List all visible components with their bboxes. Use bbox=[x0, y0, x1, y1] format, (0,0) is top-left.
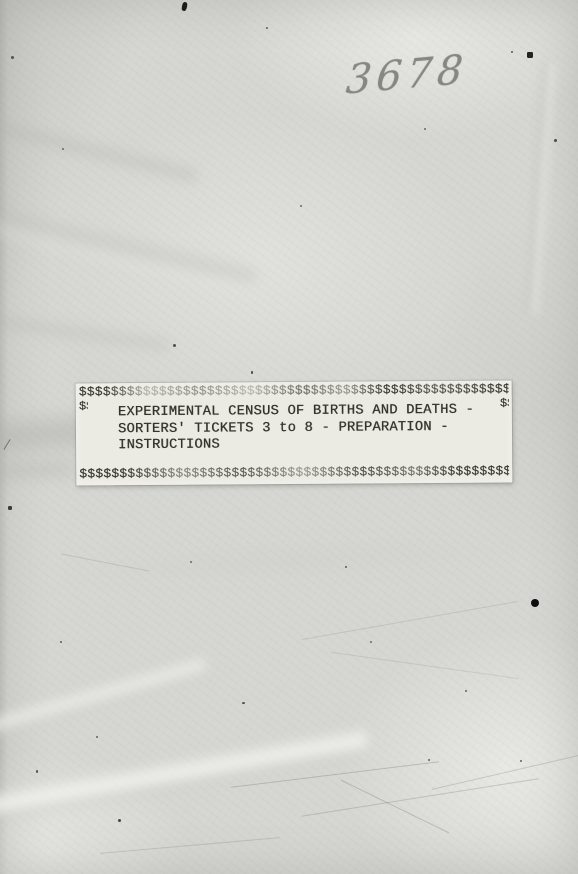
paper-speck bbox=[118, 819, 121, 822]
paper-speck bbox=[62, 148, 64, 150]
paper-crease bbox=[0, 199, 259, 292]
label-body: $$$$$ EXPERIMENTAL CENSUS OF BIRTHS AND … bbox=[79, 397, 509, 466]
pencil-mark bbox=[3, 439, 10, 450]
paper-speck bbox=[251, 371, 253, 374]
paper-fiber bbox=[301, 778, 538, 817]
paper-speck bbox=[345, 566, 347, 568]
paper-speck bbox=[266, 27, 268, 29]
paper-speck bbox=[36, 770, 38, 773]
label-border-left: $$$$$ bbox=[79, 400, 88, 466]
paper-speck bbox=[428, 759, 430, 761]
title-line-1: EXPERIMENTAL CENSUS OF BIRTHS AND DEATHS… bbox=[118, 403, 500, 422]
paper-crease bbox=[0, 460, 74, 479]
paper-speck bbox=[8, 506, 12, 510]
paper-crease bbox=[0, 654, 208, 744]
paper-fiber bbox=[341, 780, 449, 834]
handwritten-number: 3678 bbox=[344, 46, 469, 103]
paper-crease bbox=[59, 528, 520, 592]
paper-crease bbox=[0, 111, 199, 188]
paper-speck bbox=[465, 690, 467, 692]
paper-speck bbox=[520, 760, 522, 762]
paper-speck bbox=[424, 128, 426, 130]
paper-fiber bbox=[331, 652, 519, 679]
title-text: EXPERIMENTAL CENSUS OF BIRTHS AND DEATHS… bbox=[88, 398, 500, 467]
label-border-top: $$$$$$$$$$$$$$$$$$$$$$$$$$$$$$$$$$$$$$$$… bbox=[79, 382, 509, 401]
paper-fiber bbox=[432, 755, 578, 790]
title-label: $$$$$$$$$$$$$$$$$$$$$$$$$$$$$$$$$$$$$$$$… bbox=[76, 380, 513, 485]
paper-speck bbox=[511, 51, 513, 53]
paper-crease bbox=[0, 725, 369, 829]
paper-speck bbox=[300, 205, 302, 207]
paper-speck bbox=[554, 139, 557, 142]
paper-speck bbox=[96, 736, 98, 738]
paper-speck bbox=[527, 52, 533, 58]
paper-speck bbox=[370, 641, 372, 643]
paper-speck bbox=[173, 344, 176, 347]
paper-fiber bbox=[302, 601, 519, 640]
paper-fiber bbox=[61, 553, 150, 571]
paper-fiber bbox=[231, 761, 440, 788]
paper-speck bbox=[531, 599, 539, 607]
title-line-2: SORTERS' TICKETS 3 to 8 - PREPARATION - bbox=[118, 419, 500, 438]
paper-crease bbox=[0, 308, 170, 356]
paper-page: 3678 $$$$$$$$$$$$$$$$$$$$$$$$$$$$$$$$$$$… bbox=[0, 0, 578, 874]
paper-speck bbox=[11, 56, 14, 59]
label-border-bottom: $$$$$$$$$$$$$$$$$$$$$$$$$$$$$$$$$$$$$$$$… bbox=[79, 463, 509, 482]
title-line-3: INSTRUCTIONS bbox=[118, 436, 500, 455]
paper-speck bbox=[190, 561, 192, 563]
paper-speck bbox=[60, 641, 62, 643]
paper-crease bbox=[523, 64, 556, 315]
label-border-right: $$$$$ bbox=[500, 397, 509, 463]
paper-speck bbox=[181, 2, 188, 12]
paper-speck bbox=[242, 702, 245, 704]
paper-fiber bbox=[100, 837, 279, 854]
